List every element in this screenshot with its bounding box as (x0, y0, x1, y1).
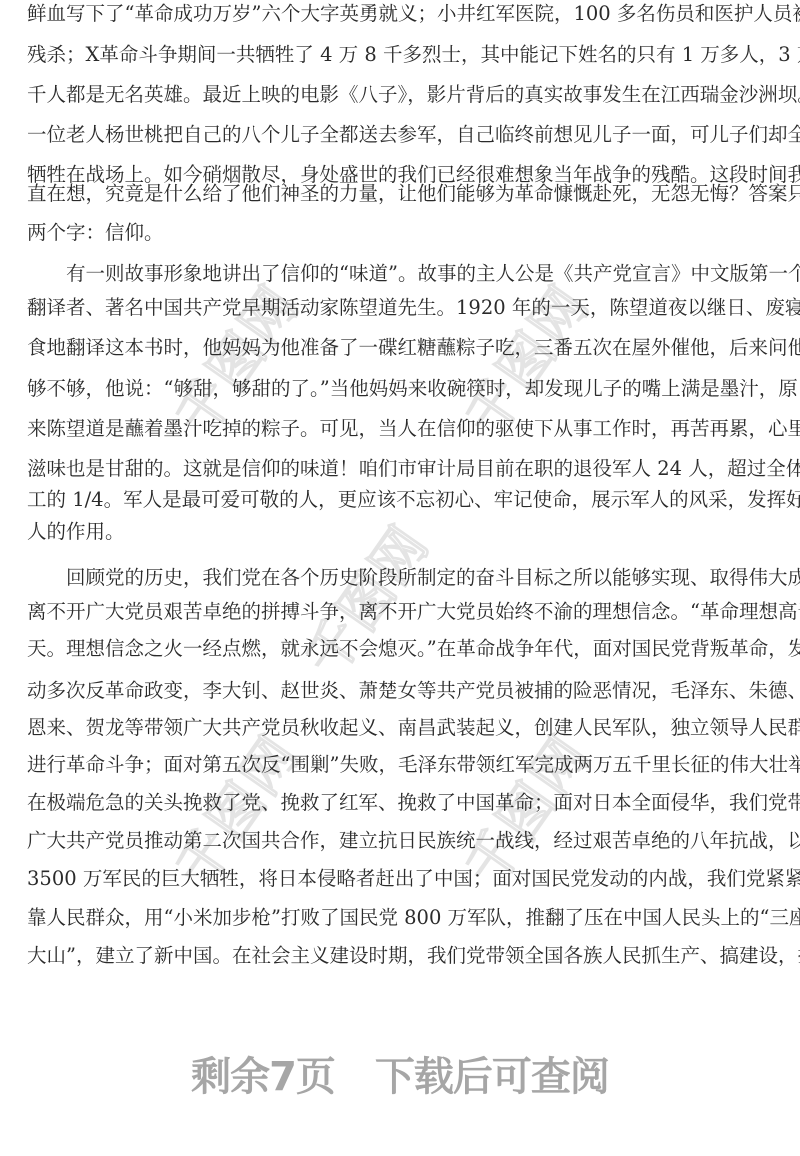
text-line: 残杀；X革命斗争期间一共牺牲了 4 万 8 千多烈士，其中能记下姓名的只有 1 … (27, 43, 773, 67)
text-line: 进行革命斗争；面对第五次反“围剿”失败，毛泽东带领红军完成两万五千里长征的伟大壮… (27, 753, 773, 777)
text-line: 千人都是无名英雄。最近上映的电影《八子》，影片背后的真实故事发生在江西瑞金沙洲坝… (27, 83, 773, 107)
text-line: 两个字：信仰。 (27, 221, 773, 245)
text-line: 一位老人杨世桃把自己的八个儿子全都送去参军，自己临终前想见儿子一面，可儿子们却全… (27, 123, 773, 147)
text-line: 有一则故事形象地讲出了信仰的“味道”。故事的主人公是《共产党宣言》中文版第一个 (66, 262, 773, 286)
text-line: 来陈望道是蘸着墨汁吃掉的粽子。可见，当人在信仰的驱使下从事工作时，再苦再累，心里… (27, 417, 773, 441)
text-line: 恩来、贺龙等带领广大共产党员秋收起义、南昌武装起义，创建人民军队，独立领导人民群… (27, 716, 773, 740)
text-line: 动多次反革命政变，李大钊、赵世炎、萧楚女等共产党员被捕的险恶情况，毛泽东、朱德、… (27, 679, 773, 703)
text-line: 广大共产党员推动第二次国共合作，建立抗日民族统一战线，经过艰苦卓绝的八年抗战，以 (27, 829, 773, 853)
text-line: 离不开广大党员艰苦卓绝的拼搏斗争，离不开广大党员始终不渝的理想信念。“革命理想高… (27, 600, 773, 624)
document-page: 千图网 千图网 千图网 千图网 千图网 鲜血写下了“革命成功万岁”六个大字英勇就… (0, 0, 800, 1156)
text-line: 工的 1/4。军人是最可爱可敬的人，更应该不忘初心、牢记使命，展示军人的风采，发… (27, 488, 773, 512)
text-line: 回顾党的历史，我们党在各个历史阶段所制定的奋斗目标之所以能够实现、取得伟大成就， (66, 566, 773, 590)
text-line: 滋味也是甘甜的。这就是信仰的味道！咱们市审计局目前在职的退役军人 24 人，超过… (27, 457, 773, 481)
text-line: 在极端危急的关头挽救了党、挽救了红军、挽救了中国革命；面对日本全面侵华，我们党带… (27, 791, 773, 815)
text-line: 天。理想信念之火一经点燃，就永远不会熄灭。”在革命战争年代，面对国民党背叛革命，… (27, 637, 773, 661)
text-line: 够不够，他说：“够甜，够甜的了。”当他妈妈来收碗筷时，却发现儿子的嘴上满是墨汁，… (27, 377, 773, 401)
text-line: 直在想，究竟是什么给了他们神圣的力量，让他们能够为革命慷慨赴死，无怨无悔？答案只… (27, 182, 773, 206)
download-to-view-label: 下载后可查阅 (375, 1054, 609, 1100)
text-line: 食地翻译这本书时，他妈妈为他准备了一碟红糖蘸粽子吃，三番五次在屋外催他，后来问他… (27, 336, 773, 360)
text-line: 大山”，建立了新中国。在社会主义建设时期，我们党带领全国各族人民抓生产、搞建设，… (27, 944, 773, 968)
text-line: 鲜血写下了“革命成功万岁”六个大字英勇就义；小井红军医院，100 多名伤员和医护… (27, 2, 773, 26)
text-line: 人的作用。 (27, 520, 773, 544)
text-line: 3500 万军民的巨大牺牲，将日本侵略者赶出了中国；面对国民党发动的内战，我们党… (27, 867, 773, 891)
download-prompt-banner[interactable]: 剩余7页下载后可查阅 (0, 1052, 800, 1102)
remaining-pages-label: 剩余7页 (191, 1054, 335, 1100)
text-line: 靠人民群众，用“小米加步枪”打败了国民党 800 万军队，推翻了压在中国人民头上… (27, 906, 773, 930)
text-line: 翻译者、著名中国共产党早期活动家陈望道先生。1920 年的一天，陈望道夜以继日、… (27, 296, 773, 320)
